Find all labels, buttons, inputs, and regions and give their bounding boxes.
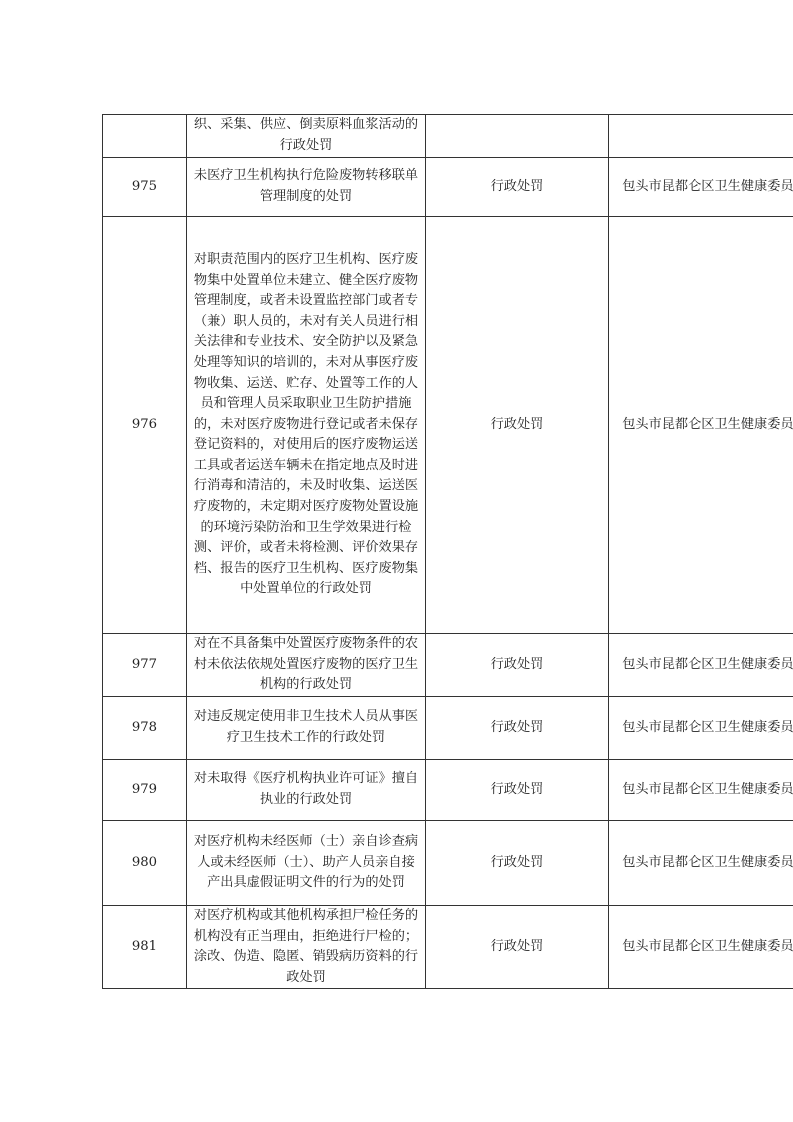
item-type: 行政处罚 [426, 634, 609, 697]
row-number: 975 [103, 158, 187, 217]
table-row: 978 对违反规定使用非卫生技术人员从事医疗卫生技术工作的行政处罚 行政处罚 包… [103, 697, 793, 760]
item-name: 织、采集、供应、倒卖原料血浆活动的行政处罚 [187, 115, 426, 158]
item-type: 行政处罚 [426, 821, 609, 906]
item-type: 行政处罚 [426, 158, 609, 217]
item-type [426, 115, 609, 158]
row-number: 977 [103, 634, 187, 697]
row-number: 981 [103, 906, 187, 989]
table-row: 979 对未取得《医疗机构执业许可证》擅自执业的行政处罚 行政处罚 包头市昆都仑… [103, 760, 793, 821]
item-name: 对未取得《医疗机构执业许可证》擅自执业的行政处罚 [187, 760, 426, 821]
document-page: 织、采集、供应、倒卖原料血浆活动的行政处罚 975 未医疗卫生机构执行危险废物转… [0, 0, 793, 1122]
table-row: 织、采集、供应、倒卖原料血浆活动的行政处罚 [103, 115, 793, 158]
table-row: 981 对医疗机构或其他机构承担尸检任务的机构没有正当理由，拒绝进行尸检的；涂改… [103, 906, 793, 989]
item-name: 对在不具备集中处置医疗废物条件的农村未依法依规处置医疗废物的医疗卫生机构的行政处… [187, 634, 426, 697]
row-number: 979 [103, 760, 187, 821]
implementing-org: 包头市昆都仑区卫生健康委员会 [609, 821, 793, 906]
item-type: 行政处罚 [426, 760, 609, 821]
table-row: 977 对在不具备集中处置医疗废物条件的农村未依法依规处置医疗废物的医疗卫生机构… [103, 634, 793, 697]
table-row: 975 未医疗卫生机构执行危险废物转移联单管理制度的处罚 行政处罚 包头市昆都仑… [103, 158, 793, 217]
row-number: 978 [103, 697, 187, 760]
table-row: 976 对职责范围内的医疗卫生机构、医疗废物集中处置单位未建立、健全医疗废物管理… [103, 217, 793, 634]
implementing-org: 包头市昆都仑区卫生健康委员会 [609, 217, 793, 634]
implementing-org: 包头市昆都仑区卫生健康委员会 [609, 697, 793, 760]
item-type: 行政处罚 [426, 217, 609, 634]
item-name: 对职责范围内的医疗卫生机构、医疗废物集中处置单位未建立、健全医疗废物管理制度，或… [187, 217, 426, 634]
item-type: 行政处罚 [426, 906, 609, 989]
item-name: 对医疗机构或其他机构承担尸检任务的机构没有正当理由，拒绝进行尸检的；涂改、伪造、… [187, 906, 426, 989]
implementing-org: 包头市昆都仑区卫生健康委员会 [609, 906, 793, 989]
table-row: 980 对医疗机构未经医师（士）亲自诊查病人或未经医师（士）、助产人员亲自接产出… [103, 821, 793, 906]
implementing-org: 包头市昆都仑区卫生健康委员会 [609, 634, 793, 697]
row-number: 976 [103, 217, 187, 634]
item-name: 对医疗机构未经医师（士）亲自诊查病人或未经医师（士）、助产人员亲自接产出具虚假证… [187, 821, 426, 906]
item-name: 对违反规定使用非卫生技术人员从事医疗卫生技术工作的行政处罚 [187, 697, 426, 760]
implementing-org: 包头市昆都仑区卫生健康委员会 [609, 158, 793, 217]
administrative-penalty-table: 织、采集、供应、倒卖原料血浆活动的行政处罚 975 未医疗卫生机构执行危险废物转… [102, 114, 793, 989]
implementing-org: 包头市昆都仑区卫生健康委员会 [609, 760, 793, 821]
item-type: 行政处罚 [426, 697, 609, 760]
item-name: 未医疗卫生机构执行危险废物转移联单管理制度的处罚 [187, 158, 426, 217]
row-number: 980 [103, 821, 187, 906]
row-number [103, 115, 187, 158]
implementing-org [609, 115, 793, 158]
